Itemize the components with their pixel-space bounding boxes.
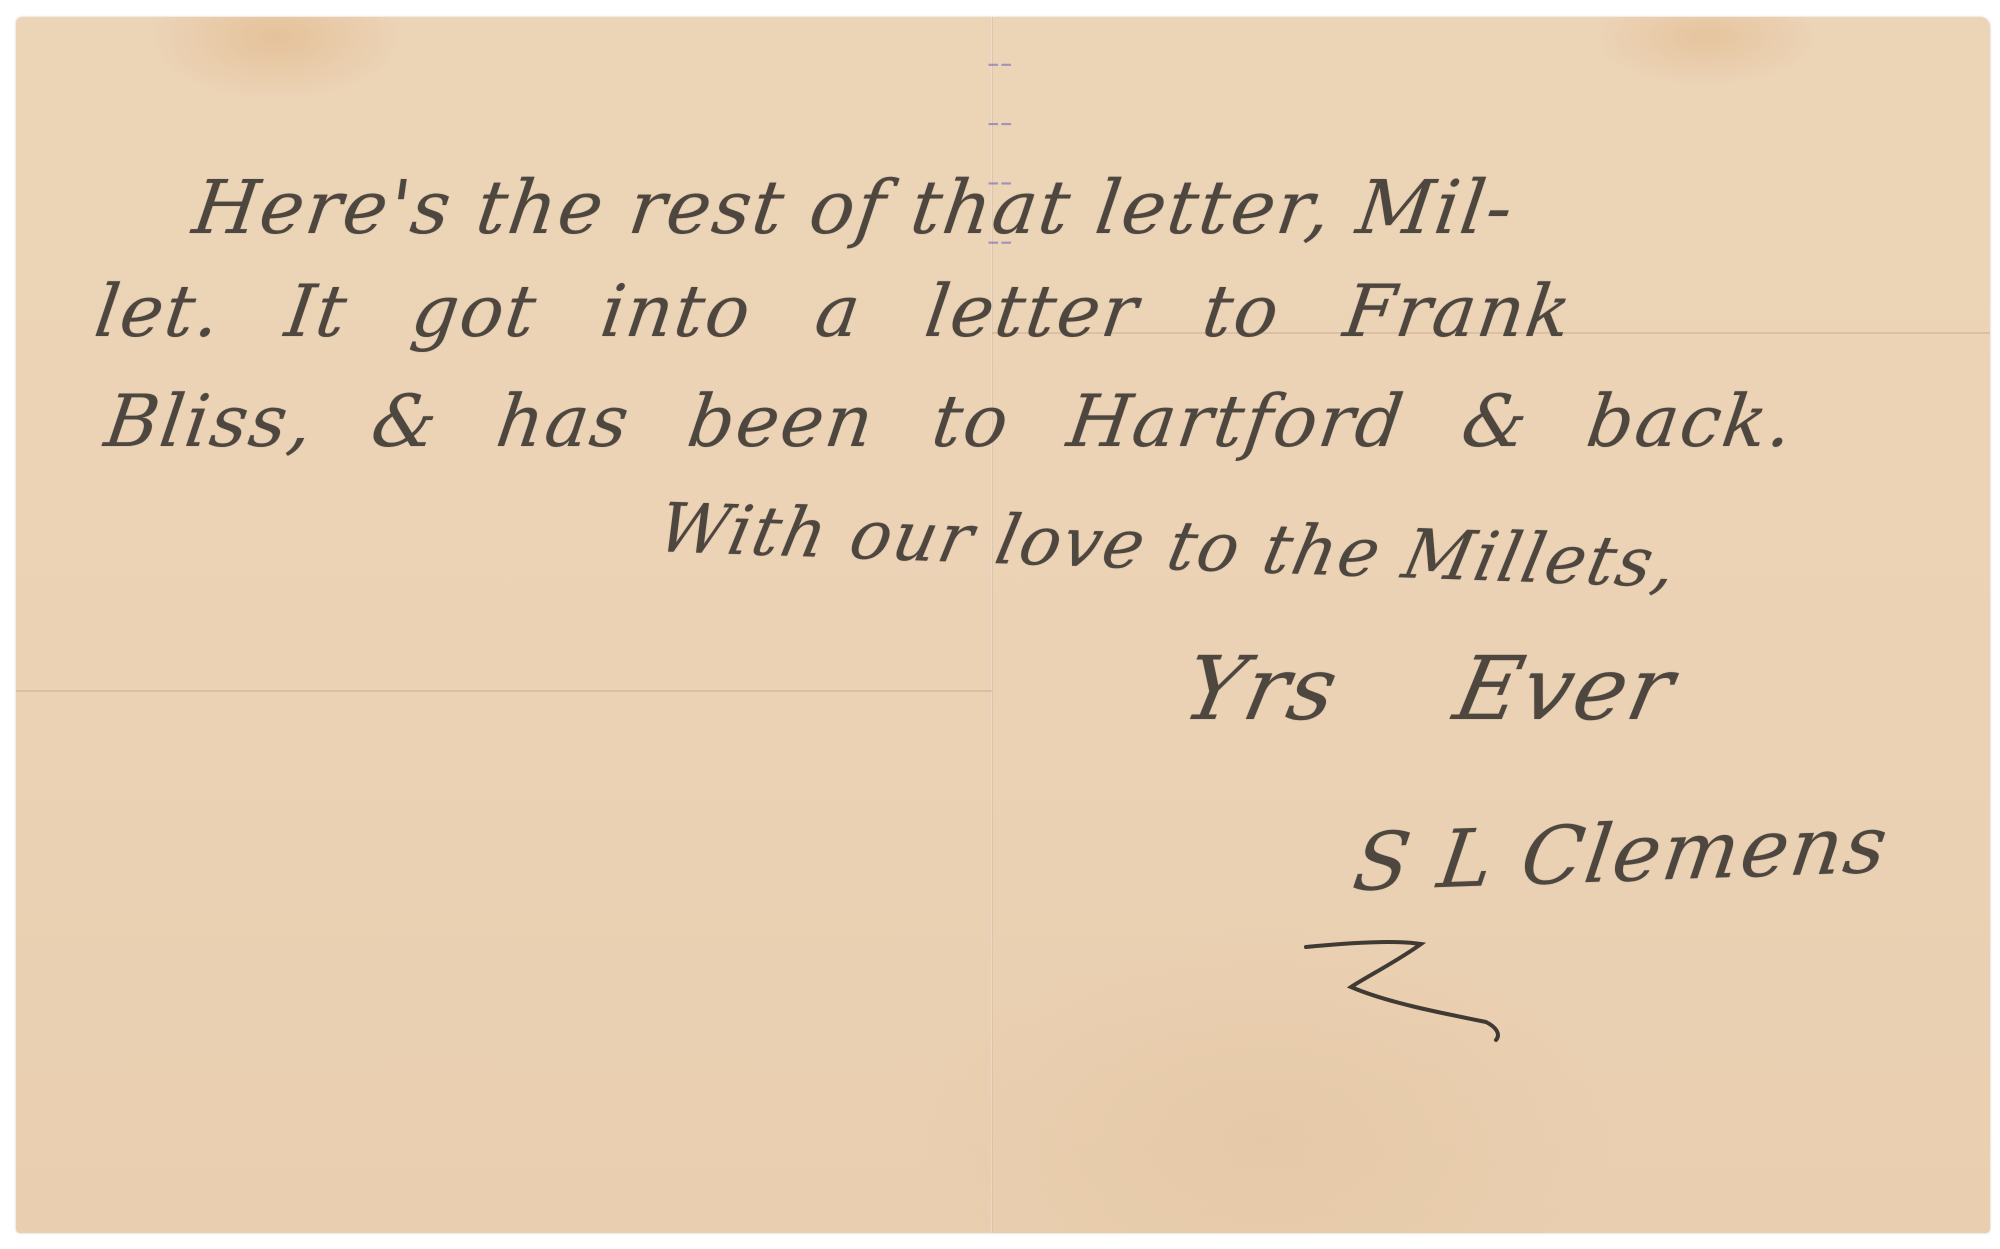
horizontal-fold-crease-left <box>16 690 992 692</box>
letter-line-1: Here's the rest of that letter, Mil- <box>188 165 1520 251</box>
signature: S L Clemens <box>1348 798 1895 909</box>
letter-line-2: let. It got into a letter to Frank <box>90 269 1578 353</box>
letter-line-3: Bliss, & has been to Hartford & back. <box>100 379 1800 463</box>
signature-flourish-icon <box>1296 922 1746 1052</box>
letter-line-4: With our love to the Millets, <box>651 489 1686 604</box>
letter-paper: ¦ ¦ ¦ ¦ Here's the rest of that letter, … <box>16 17 1990 1233</box>
letter-closing: Yrs Ever <box>1175 637 1684 740</box>
